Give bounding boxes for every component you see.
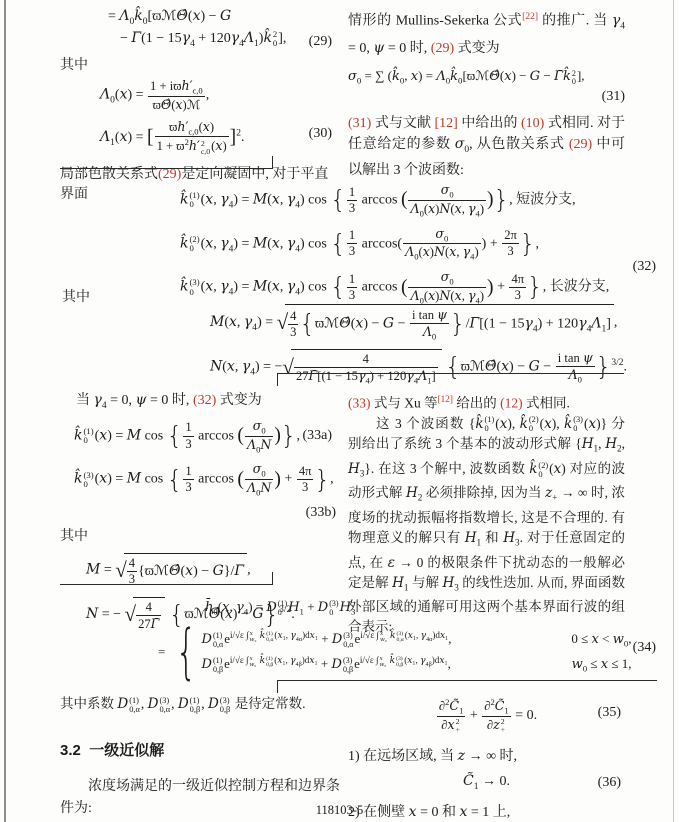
equation-35: ∂2C̃1∂x2+ + ∂2C̃1∂z2+ = 0. (35): [348, 697, 625, 735]
equation-33a: k̂(1)0(x) = M cos {13 arccos (σ0Λ0N)}, (…: [60, 418, 336, 455]
equation-33b-body: k̂(3)0(x) = M cos {13 arccos (σ0Λ0N) + 4…: [60, 461, 336, 498]
equation-33a-body: k̂(1)0(x) = M cos {13 arccos (σ0Λ0N)},: [60, 418, 336, 455]
equation-34-cond1: 0 ≤ x < w0,: [557, 631, 631, 649]
equation-32-line1: k̂(1)0(x, γ4) = M(x, γ4) cos {13 arccos …: [180, 182, 609, 219]
paragraph: 其中系数 D(1)0,α, D(3)0,α, D(1)0,β, D(3)0,β …: [60, 692, 340, 715]
equation-32-line2: k̂(2)0(x, γ4) = M(x, γ4) cos {13 arccos(…: [180, 226, 609, 263]
equation-30: Λ0(x) = 1 + iϖh′c,0ϖΘ̂(x)ℳ, Λ1(x) = [ϖh′…: [60, 78, 336, 157]
equation-m: M(x, γ4) = √43{ϖℳΘ̂(x) − G − i tan ψΛ0}/…: [210, 304, 627, 342]
equation-number: (34): [633, 640, 656, 656]
column-break-rule: [60, 572, 273, 585]
bottom-right-column: ∂2C̃1∂x2+ + ∂2C̃1∂z2+ = 0. (35) 1) 在远场区域…: [348, 690, 625, 821]
page-left-border: [4, 0, 6, 822]
equation-number: (29): [309, 34, 332, 50]
column-break-rule: [60, 156, 273, 169]
equation-30-line1: Λ0(x) = 1 + iϖh′c,0ϖΘ̂(x)ℳ,: [60, 78, 336, 113]
equation-33b: k̂(3)0(x) = M cos {13 arccos (σ0Λ0N) + 4…: [60, 461, 336, 521]
equation-34-case2: D(1)0,βei/√ε ∫xw₀ k̂(1)0,β(x₁, γ4β)dx₁ +…: [202, 655, 451, 674]
equation-35-body: ∂2C̃1∂x2+ + ∂2C̃1∂z2+ = 0.: [348, 697, 625, 735]
paragraph: 情形的 Mullins-Sekerka 公式[22] 的推广. 当 γ4 = 0…: [348, 6, 625, 60]
equation-number: (35): [598, 705, 621, 721]
equation-36-body: C̃1 → 0.: [348, 773, 625, 792]
paragraph: (31) 式与文献 [12] 中给出的 (10) 式相同. 对于任意给定的参数 …: [348, 113, 625, 182]
equation-31: σ0 = ∑ (k̂0, x) = Λ0k̂0[ϖℳΘ̂(x) − G − Γ̄…: [348, 68, 625, 86]
equation-number: (33a): [302, 428, 332, 444]
equation-29-line1: = Λ0k̂0[ϖℳΘ̂(x) − G: [60, 8, 336, 27]
equation-number: (36): [598, 775, 621, 791]
equation-32-block: k̂(1)0(x, γ4) = M(x, γ4) cos {13 arccos …: [60, 175, 660, 313]
equation-34-line1: h̄0(x, γ4) = D(1)0H1 + D(3)0H3: [205, 599, 660, 617]
equation-34-case1: D(1)0,αei/√ε ∫xw₀ k̂(1)0,α(x₁, γ4α)dx₁ +…: [202, 630, 452, 649]
equation-29-line2: − Γ̄(1 − 15γ4 + 120γ4Λ1)k̂20],: [60, 30, 336, 49]
bottom-left-column: 其中系数 D(1)0,α, D(3)0,α, D(1)0,β, D(3)0,β …: [60, 692, 340, 820]
list-item: 1) 在远场区域, 当 z → ∞ 时,: [348, 745, 625, 765]
equation-29: = Λ0k̂0[ϖℳΘ̂(x) − G − Γ̄(1 − 15γ4 + 120γ…: [60, 8, 336, 49]
cases-brace: {: [176, 625, 197, 679]
equation-34-block: h̄0(x, γ4) = D(1)0H1 + D(3)0H3 = { D(1)0…: [60, 592, 660, 680]
equation-number: (33b): [60, 505, 336, 521]
equation-number: (32): [633, 259, 656, 275]
equation-36: C̃1 → 0. (36): [348, 773, 625, 792]
where-label: 其中: [60, 54, 336, 74]
section-title: 一级近似解: [89, 742, 164, 759]
section-number: 3.2: [60, 742, 81, 759]
page-number: 118103-5: [0, 803, 679, 818]
top-right-column: 情形的 Mullins-Sekerka 公式[22] 的推广. 当 γ4 = 0…: [348, 6, 625, 181]
paper-page: { "colors": { "ref_red": "#c0392b", "tex…: [0, 0, 679, 822]
top-left-column: = Λ0k̂0[ϖℳΘ̂(x) − G − Γ̄(1 − 15γ4 + 120γ…: [60, 6, 336, 203]
where-label: 其中: [60, 525, 336, 545]
page-right-border: [673, 0, 674, 822]
equation-number: (31): [348, 89, 625, 105]
equals-sign: =: [158, 644, 165, 660]
paragraph: 当 γ4 = 0, ψ = 0 时, (32) 式变为: [60, 389, 336, 411]
equation-number: (30): [309, 126, 332, 142]
section-heading: 3.2 一级近似解: [60, 739, 340, 760]
equation-34-cond2: w0 ≤ x ≤ 1,: [558, 656, 632, 674]
column-break-rule: [277, 373, 624, 386]
equation-30-line2: Λ1(x) = [ϖh′c,0(x)1 + ϖ2h′2c,0(x)]2.: [60, 119, 336, 157]
